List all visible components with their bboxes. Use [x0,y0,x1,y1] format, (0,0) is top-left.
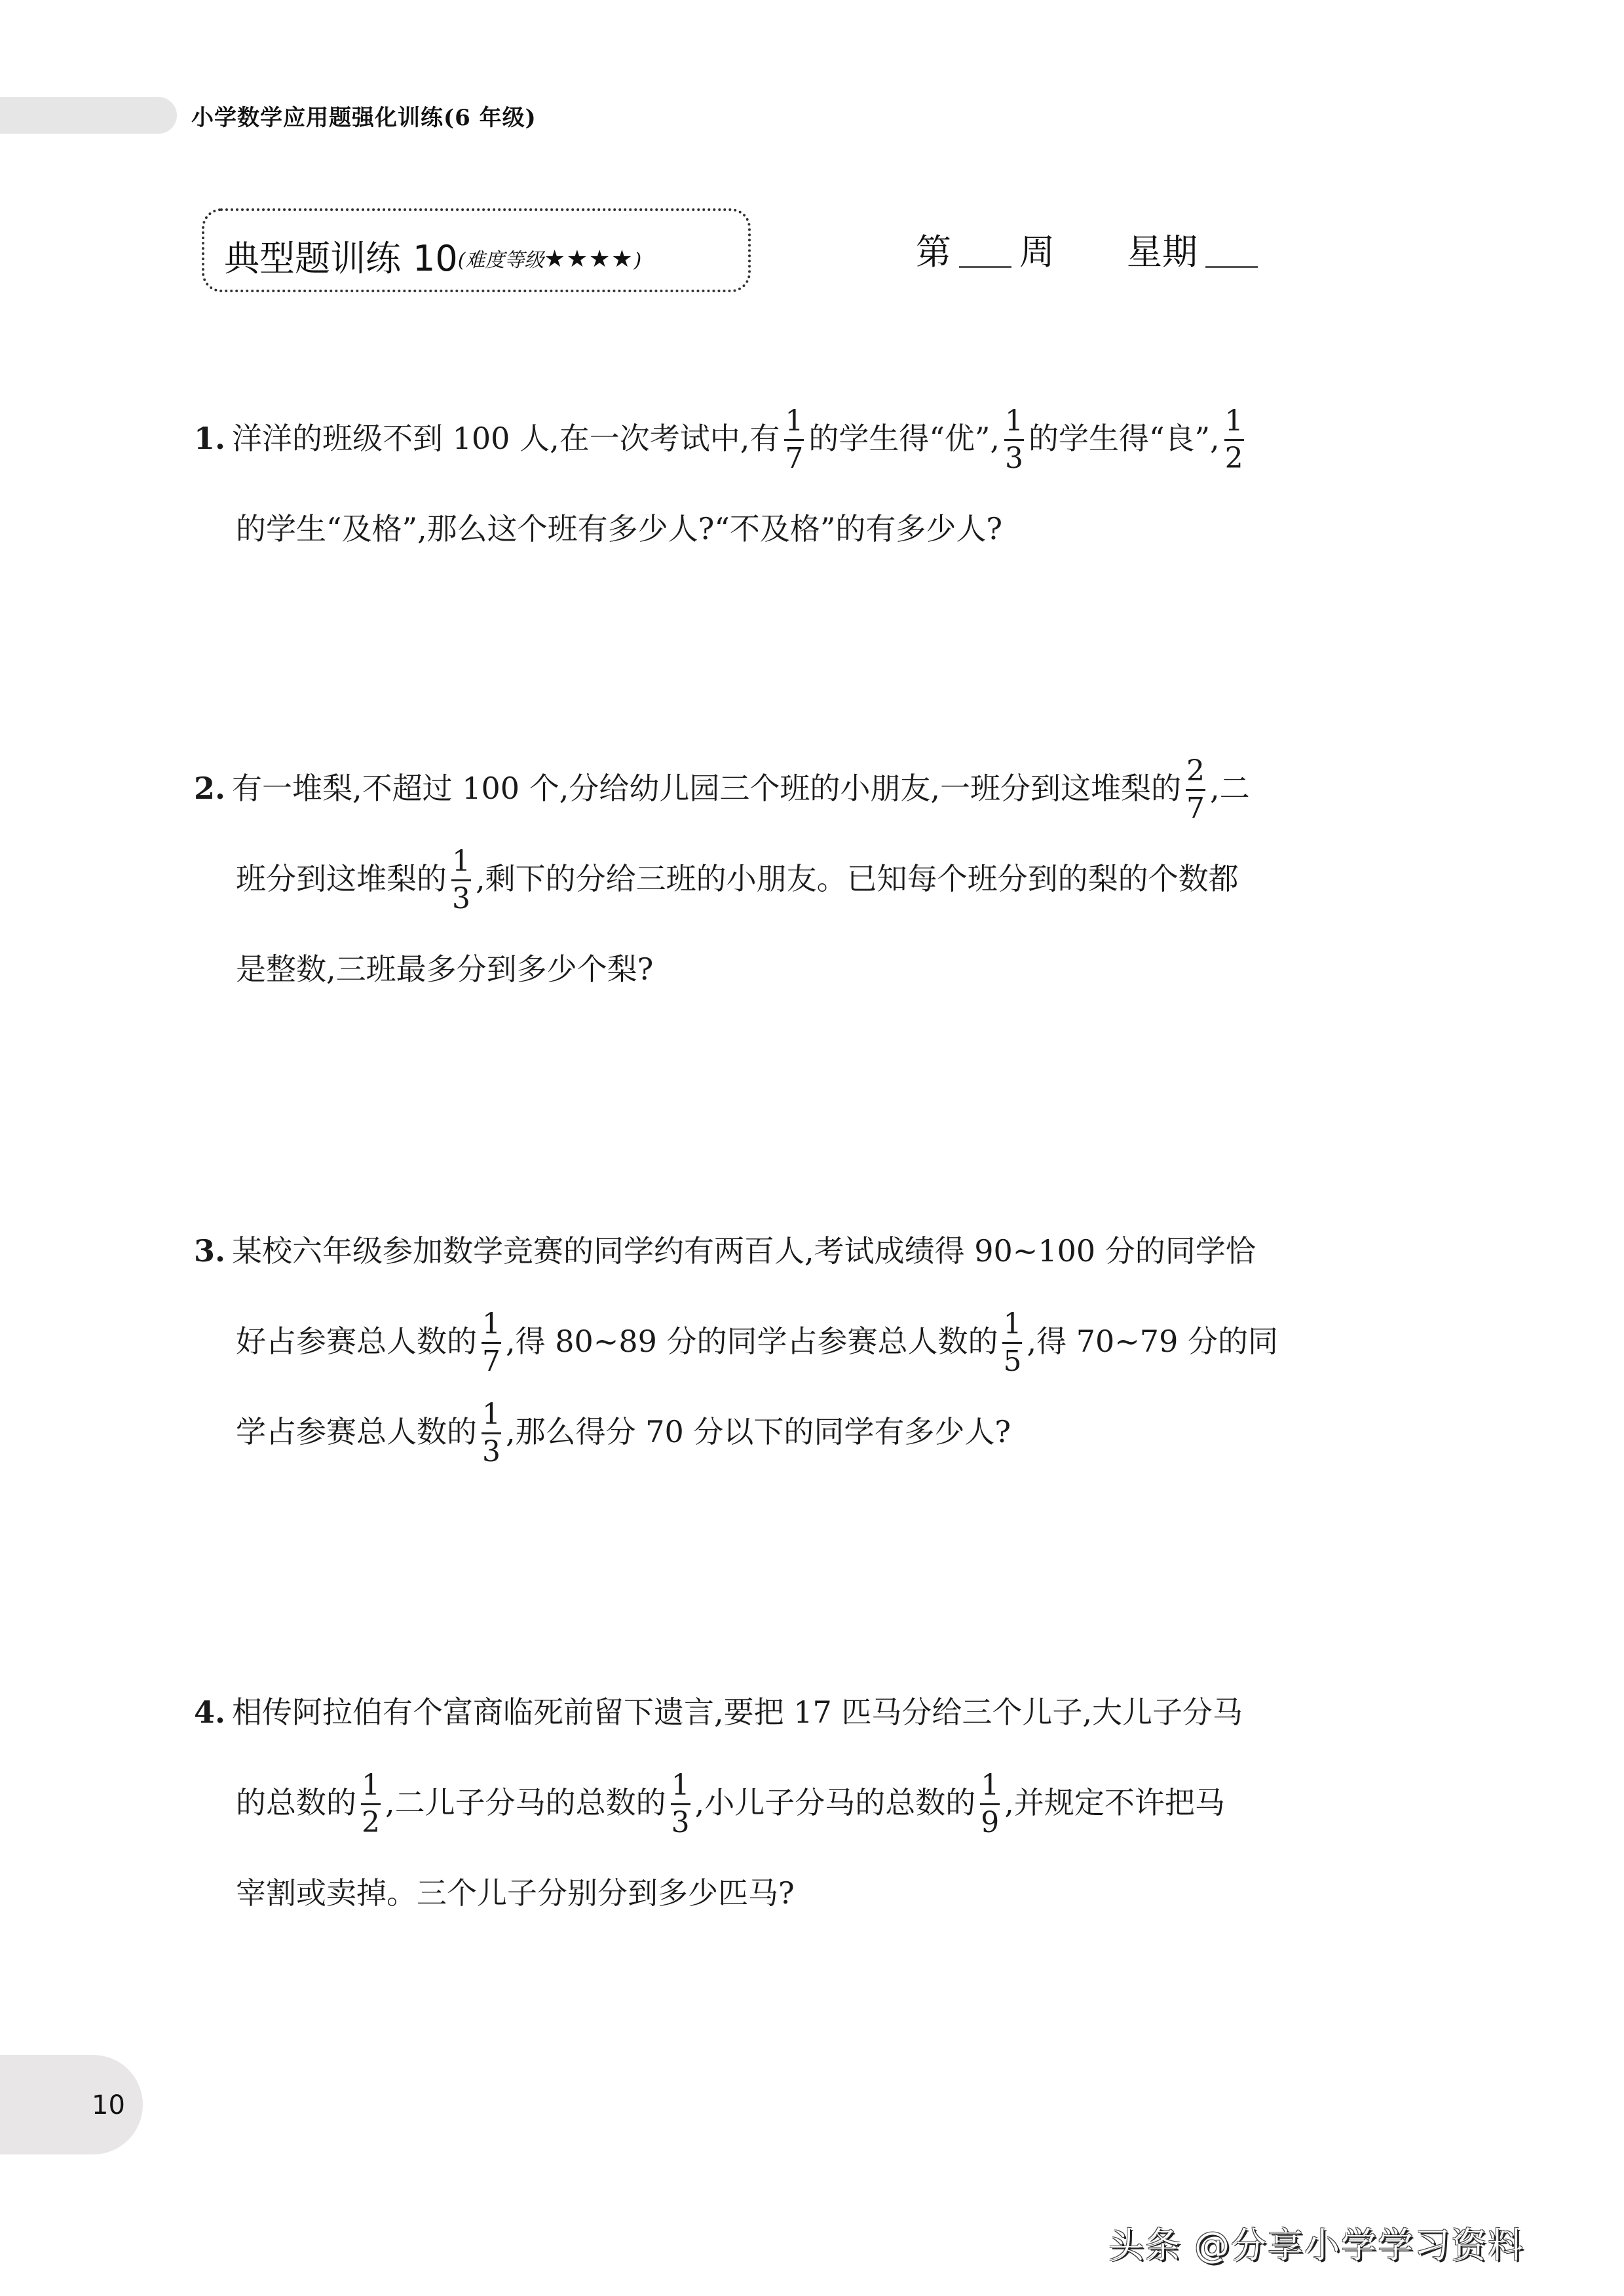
problem-line: 1.洋洋的班级不到 100 人,在一次考试中,有17的学生得“优”,13的学生得… [194,393,1439,484]
fraction: 13 [449,846,473,915]
section-number: 10 [413,238,458,279]
difficulty-rating: (难度等级★★★★) [458,249,642,272]
fraction: 12 [359,1770,383,1839]
problem-text: 洋洋的班级不到 100 人,在一次考试中,有 [232,421,780,456]
section-title-text: 典型题训练 [224,238,401,279]
problem-line: 2.有一堆梨,不超过 100 个,分给幼儿园三个班的小朋友,一班分到这堆梨的27… [194,743,1439,833]
problem-line: 的总数的12,二儿子分马的总数的13,小儿子分马的总数的19,并规定不许把马 [194,1757,1439,1848]
problem-line: 好占参赛总人数的17,得 80~89 分的同学占参赛总人数的15,得 70~79… [194,1296,1439,1387]
problem-text: 的总数的 [236,1785,356,1820]
weekday-blank-field[interactable] [1205,232,1258,268]
problem-text: ,二儿子分马的总数的 [385,1785,666,1820]
schedule-fields: 第周星期 [916,224,1266,275]
problem-line: 的学生“及格”,那么这个班有多少人?“不及格”的有多少人? [194,484,1439,574]
section-title: 典型题训练10(难度等级★★★★) [224,231,641,281]
header-tab-decoration [0,97,177,134]
problem-text: 宰割或卖掉。三个儿子分别分到多少匹马? [236,1875,795,1911]
problem-text: ,剩下的分给三班的小朋友。已知每个班分到的梨的个数都 [476,861,1239,896]
fraction: 13 [669,1770,692,1839]
fraction: 17 [480,1309,503,1377]
problem-text: 相传阿拉伯有个富商临死前留下遗言,要把 17 匹马分给三个儿子,大儿子分马 [232,1694,1243,1730]
problem-text: 的学生得“良”, [1029,421,1220,456]
problem-number: 3. [194,1233,225,1269]
weekday-label: 星期 [1127,231,1198,273]
week-suffix: 周 [1019,231,1055,273]
page-number: 10 [92,2090,125,2120]
problem-line: 4.相传阿拉伯有个富商临死前留下遗言,要把 17 匹马分给三个儿子,大儿子分马 [194,1667,1439,1757]
problem-text: 班分到这堆梨的 [236,861,447,896]
star-icons: ★★★★ [544,246,633,273]
problem-line: 班分到这堆梨的13,剩下的分给三班的小朋友。已知每个班分到的梨的个数都 [194,833,1439,924]
problem-text: 某校六年级参加数学竞赛的同学约有两百人,考试成绩得 90~100 分的同学恰 [232,1233,1256,1269]
difficulty-close: ) [634,249,642,272]
fraction: 12 [1222,406,1246,474]
problem-text: 的学生“及格”,那么这个班有多少人?“不及格”的有多少人? [236,511,1002,546]
problem-line: 3.某校六年级参加数学竞赛的同学约有两百人,考试成绩得 90~100 分的同学恰 [194,1206,1439,1296]
problem-number: 4. [194,1694,225,1730]
problem-text: ,得 70~79 分的同 [1027,1324,1277,1359]
problem-text: 好占参赛总人数的 [236,1324,477,1359]
problem-line: 是整数,三班最多分到多少个梨? [194,924,1439,1014]
book-title: 小学数学应用题强化训练(6 年级) [191,100,537,132]
week-blank-field[interactable] [959,232,1011,268]
problem-text: ,那么得分 70 分以下的同学有多少人? [506,1414,1011,1449]
problem-text: ,二 [1210,771,1250,806]
problem-text: 是整数,三班最多分到多少个梨? [236,951,653,987]
problem-4: 4.相传阿拉伯有个富商临死前留下遗言,要把 17 匹马分给三个儿子,大儿子分马的… [194,1667,1439,1938]
fraction: 13 [480,1399,503,1468]
difficulty-label: (难度等级 [458,249,544,272]
problem-2: 2.有一堆梨,不超过 100 个,分给幼儿园三个班的小朋友,一班分到这堆梨的27… [194,743,1439,1014]
problem-number: 2. [194,771,225,806]
week-prefix: 第 [916,231,951,273]
problem-text: ,小儿子分马的总数的 [695,1785,976,1820]
problem-text: ,并规定不许把马 [1004,1785,1225,1820]
problem-text: 学占参赛总人数的 [236,1414,477,1449]
fraction: 15 [1000,1309,1024,1377]
problem-text: 的学生得“优”, [808,421,1000,456]
problem-line: 宰割或卖掉。三个儿子分别分到多少匹马? [194,1848,1439,1938]
problem-text: ,得 80~89 分的同学占参赛总人数的 [506,1324,998,1359]
problem-3: 3.某校六年级参加数学竞赛的同学约有两百人,考试成绩得 90~100 分的同学恰… [194,1206,1439,1477]
problem-1: 1.洋洋的班级不到 100 人,在一次考试中,有17的学生得“优”,13的学生得… [194,393,1439,574]
fraction: 27 [1184,756,1207,824]
fraction: 17 [782,406,806,474]
fraction: 19 [978,1770,1002,1839]
problem-number: 1. [194,421,225,456]
problem-text: 有一堆梨,不超过 100 个,分给幼儿园三个班的小朋友,一班分到这堆梨的 [232,771,1181,806]
watermark: 头条 @分享小学学习资料 [1108,2217,1524,2268]
problem-line: 学占参赛总人数的13,那么得分 70 分以下的同学有多少人? [194,1387,1439,1477]
fraction: 13 [1002,406,1026,474]
